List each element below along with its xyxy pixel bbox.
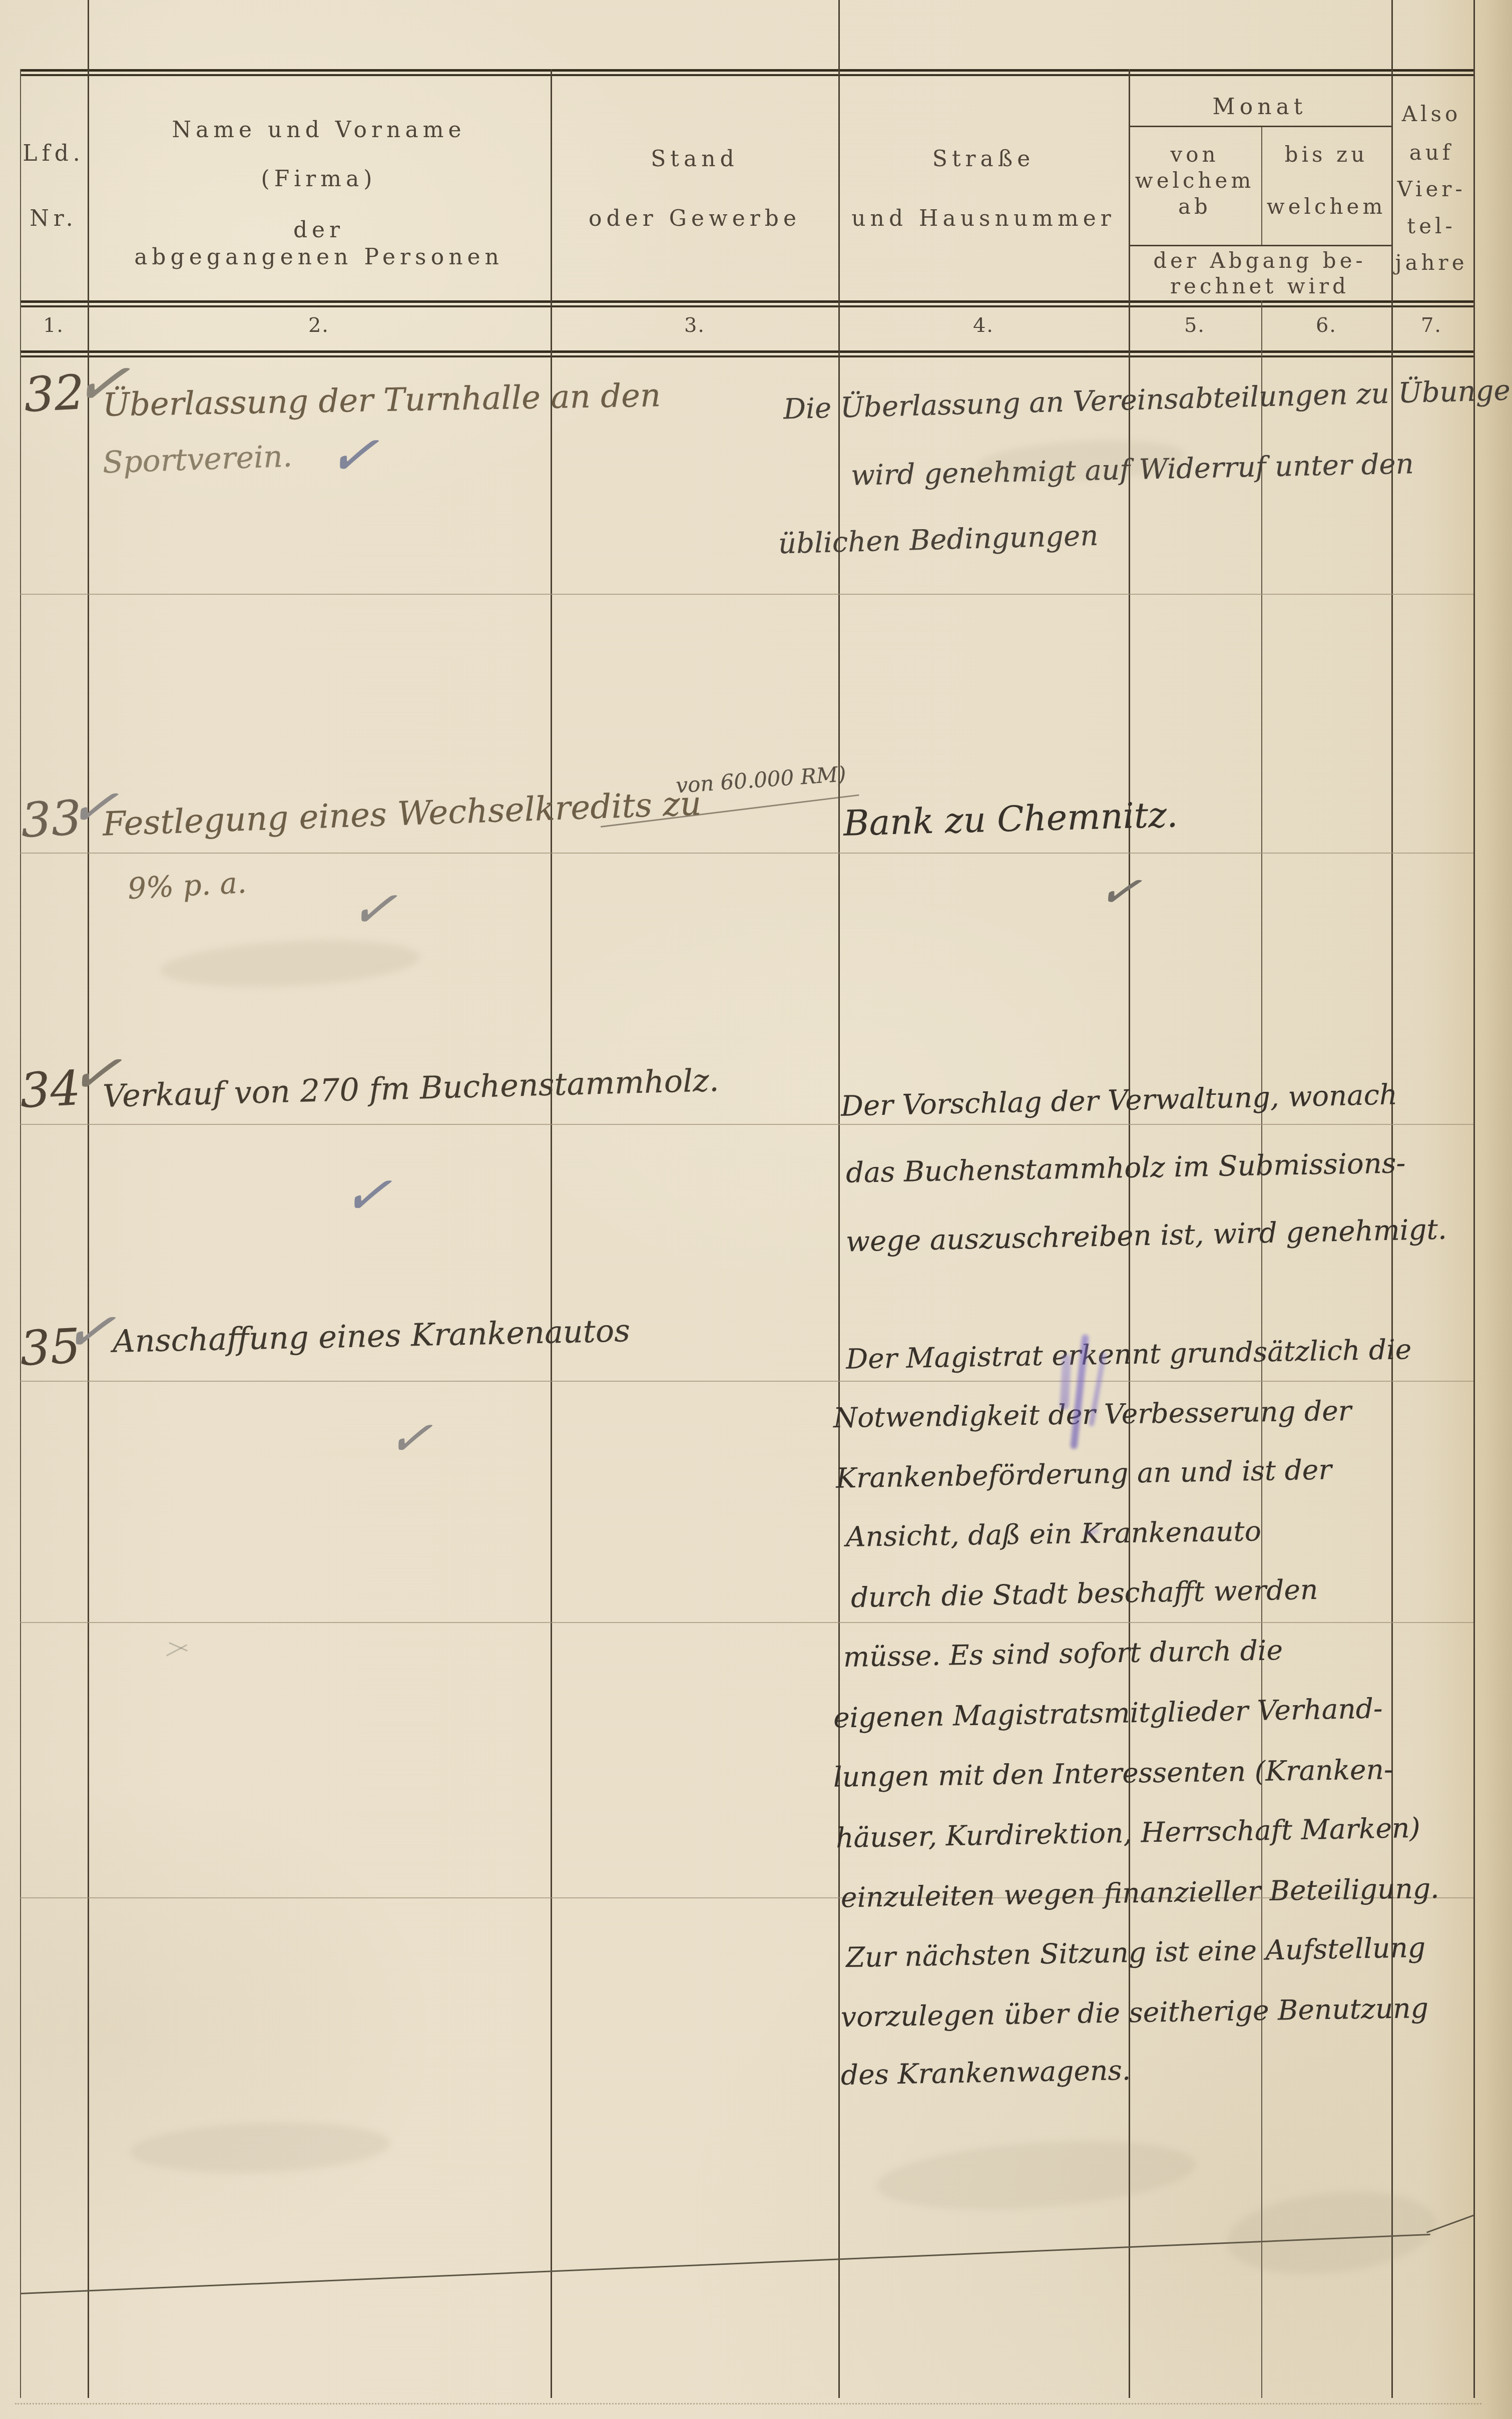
header-bottom-double-rule bbox=[20, 300, 1473, 307]
header-col7-line3: Vier- bbox=[1397, 179, 1465, 200]
column-divider-2 bbox=[551, 69, 552, 2398]
entry-35-remark-line-7: eigenen Magistratsmitglieder Verhand- bbox=[833, 1693, 1383, 1733]
entry-35-remark-line-8: lungen mit den Interessenten (Kranken- bbox=[833, 1754, 1393, 1792]
header-col4-line2: und Hausnummer bbox=[851, 208, 1116, 230]
row-separator-line-2 bbox=[20, 853, 1473, 854]
entry-33-name-line-2: 9% p. a. bbox=[127, 867, 247, 905]
table-left-border bbox=[20, 69, 21, 2398]
ghost-bleed-2 bbox=[874, 2132, 1198, 2219]
header-bis-line2: welchem bbox=[1267, 196, 1386, 217]
column-number-3: 3. bbox=[684, 315, 705, 335]
row-separator-line-1 bbox=[20, 594, 1473, 595]
header-abgang-line1: der Abgang be- bbox=[1153, 250, 1366, 271]
column-number-2: 2. bbox=[308, 315, 329, 335]
column-number-5: 5. bbox=[1184, 315, 1205, 335]
entry-34-remark-line-3: wege auszuschreiben ist, wird genehmigt. bbox=[845, 1214, 1447, 1258]
header-col3-line1: Stand bbox=[651, 148, 739, 170]
column-divider-6 bbox=[1391, 0, 1393, 2398]
column-divider-3 bbox=[838, 0, 840, 2398]
header-col7-line1: Also bbox=[1402, 104, 1461, 125]
header-col1-line1: Lfd. bbox=[23, 143, 85, 165]
column-number-7: 7. bbox=[1421, 315, 1442, 335]
abgang-overline bbox=[1129, 245, 1391, 246]
row-separator-line-3 bbox=[20, 1124, 1473, 1125]
header-col4-line1: Straße bbox=[932, 148, 1035, 170]
entry-35-remark-line-4: Ansicht, daß ein Krankenauto bbox=[846, 1516, 1262, 1552]
header-col3-line2: oder Gewerbe bbox=[589, 208, 801, 230]
header-col2-line1: Name und Vorname bbox=[172, 119, 466, 141]
header-abgang-line2: rechnet wird bbox=[1170, 276, 1349, 297]
header-von-line2: welchem bbox=[1135, 170, 1255, 191]
ghost-bleed-5 bbox=[1223, 2182, 1440, 2283]
entry-33-remark-check: ✓ bbox=[1095, 863, 1145, 919]
entry-33-remark-line-1: Bank zu Chemnitz. bbox=[843, 795, 1178, 843]
entry-34-name-line-1: Verkauf von 270 fm Buchenstammholz. bbox=[102, 1063, 719, 1113]
column-number-6: 6. bbox=[1316, 315, 1337, 335]
entry-35-remark-line-11: Zur nächsten Sitzung ist eine Aufstellun… bbox=[846, 1932, 1426, 1973]
monat-underline bbox=[1129, 126, 1391, 127]
header-bis-line1: bis zu bbox=[1285, 144, 1368, 165]
entry-32-remark-line-3: üblichen Bedingungen bbox=[778, 521, 1099, 560]
header-von-line1: von bbox=[1170, 144, 1219, 165]
row-separator-line-5 bbox=[20, 1622, 1473, 1623]
entry-35-name-line-1: Anschaffung eines Krankenautos bbox=[112, 1314, 630, 1359]
entry-35-remark-line-6: müsse. Es sind sofort durch die bbox=[843, 1635, 1283, 1672]
top-double-rule bbox=[20, 69, 1473, 76]
entry-35-remark-line-12: vorzulegen über die seitherige Benutzung bbox=[841, 1993, 1429, 2033]
register-page-scan: Lfd. Nr. Name und Vorname (Firma) der ab… bbox=[0, 0, 1512, 2419]
column-number-4: 4. bbox=[973, 315, 994, 335]
entry-33-check: ✓ bbox=[348, 879, 399, 938]
numbers-bottom-double-rule bbox=[20, 350, 1473, 357]
entry-32-remark-line-1: Die Überlassung an Vereinsabteilungen zu… bbox=[783, 375, 1512, 426]
entry-35-remark-line-9: häuser, Kurdirektion, Herrschaft Marken) bbox=[836, 1813, 1421, 1853]
closing-line bbox=[20, 2234, 1430, 2294]
header-col2-line4: abgegangenen Personen bbox=[134, 246, 503, 268]
header-col7-line4: tel- bbox=[1407, 216, 1455, 237]
entry-34-remark-line-1: Der Vorschlag der Verwaltung, wonach bbox=[840, 1079, 1397, 1122]
row-separator-line-4 bbox=[20, 1381, 1473, 1382]
header-col7-line5: jahre bbox=[1395, 252, 1467, 273]
entry-35-remark-line-1: Der Magistrat erkennt grundsätzlich die bbox=[846, 1334, 1412, 1374]
monat-subdivider bbox=[1261, 126, 1262, 245]
ghost-bleed-3 bbox=[129, 2118, 391, 2177]
entry-32-name-line-2: Sportverein. bbox=[102, 440, 293, 479]
table-right-border bbox=[1473, 0, 1475, 2398]
ghost-bleed-1 bbox=[159, 934, 421, 993]
header-col1-line2: Nr. bbox=[30, 208, 78, 230]
entry-32-name-line-1: Überlassung der Turnhalle an den bbox=[102, 378, 661, 423]
entry-35-remark-line-3: Krankenbeförderung an und ist der bbox=[836, 1454, 1332, 1493]
header-col7-line2: auf bbox=[1409, 142, 1454, 163]
entry-35-remark-line-5: durch die Stadt beschafft werden bbox=[851, 1574, 1318, 1613]
entry-35-number-check: ✓ bbox=[60, 1299, 118, 1365]
entry-35-remark-line-10: einzuleiten wegen finanzieller Beteiligu… bbox=[841, 1873, 1439, 1913]
entry-34-remark-line-2: das Buchenstammholz im Submissions- bbox=[846, 1148, 1406, 1188]
header-col2-line3: der bbox=[293, 219, 344, 241]
entry-32-check: ✓ bbox=[325, 423, 381, 488]
bottom-dotted-line bbox=[15, 2403, 1481, 2404]
header-col2-line2: (Firma) bbox=[261, 168, 377, 190]
header-monat-title: Monat bbox=[1213, 96, 1307, 118]
entry-35-remark-line-13: des Krankenwagens. bbox=[841, 2055, 1131, 2091]
entry-34-check: ✓ bbox=[340, 1164, 394, 1226]
column-number-1: 1. bbox=[43, 315, 64, 335]
header-von-line3: ab bbox=[1178, 196, 1211, 217]
entry-35-check: ✓ bbox=[385, 1410, 434, 1467]
entry-33-name-line-1: Festlegung eines Wechselkredits zu bbox=[102, 785, 702, 843]
